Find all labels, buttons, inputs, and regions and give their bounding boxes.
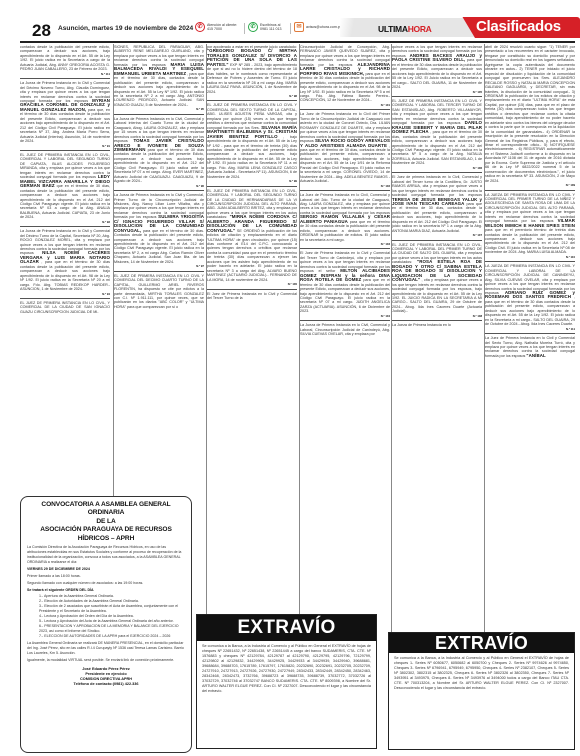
notice-text: contados desde la publicación del presen… (20, 45, 110, 71)
notice-text: , bajo apercibimiento de lo dispuesto en… (207, 135, 297, 179)
section-title: Clasificados (476, 18, 561, 35)
legal-notice: Circunscripción Judicial de Concepción, … (300, 44, 390, 110)
legal-notice: La Jueza de Primera Instancia en lo Civi… (300, 322, 390, 338)
first-call: Primer llamado a las 18:00 horas. (27, 574, 185, 579)
notice-parties: ADRIANO RUIZ GOMEZ y ROSEMARI DOS SANTOS… (485, 290, 575, 299)
column-1: contados desde la publicación del presen… (20, 44, 110, 496)
notice-parties: "ANÍBAL (526, 353, 545, 358)
legal-notice: La Jueza de Primera Instancia en lo Civi… (114, 116, 204, 191)
date-line: Asunción, martes 19 de noviembre de 2024 (58, 25, 193, 32)
legal-notice: La Juez de Primera Instancia en lo Civil… (300, 111, 390, 191)
notice-text: , para que en el término de 30 días cont… (20, 260, 110, 291)
legal-notice: El Juez de Primera Instancia en lo Civil… (207, 291, 297, 303)
notice-reference-tag: N.º 102 (300, 184, 390, 188)
notice-parties: SILVIA ROCIO GODOY AREVALOS Y ALDO ARIST… (300, 138, 390, 147)
contact-phone: ✆ Atención al cliente:415 7000 (195, 22, 237, 32)
notice-text: EL JUEZ DE PRIMERA INSTANCIA EN LO CIVIL… (114, 274, 204, 309)
assembly-date: VIERNES 29 DE DICIEMBRE DE 2024 (27, 567, 185, 572)
contact-whatsapp: ✆ Escribinos al0981 111 013 (248, 22, 281, 32)
notice-text: que en el término de 30 días, contados d… (20, 184, 110, 219)
legal-notice: El Juez de primera instancia en lo Civil… (392, 174, 482, 240)
agenda-item: 6.- PRESENTACION Y APROBACION DE LA MEMO… (39, 624, 185, 634)
notice-text: , para que en el término de 30 días, con… (114, 72, 204, 107)
legal-notice: La Juez de Primera Instancia en lo Civil… (485, 335, 575, 360)
notice-text: abril de 2024 resolvió cuanto sigue: "1)… (485, 45, 575, 183)
legal-notice: abril de 2024 resolvió cuanto sigue: "1)… (485, 44, 575, 191)
notice-text: , para que en el término de 30 días, con… (300, 144, 390, 184)
column-3: por apoderado a estar en el presente jui… (207, 44, 297, 614)
legal-notice: La Jueza de Primera Instancia en lo Civi… (20, 80, 110, 151)
notice-reference-tag: N.º 100 (207, 282, 297, 286)
notice-text: La Jueza de Primera Instancia en lo (392, 323, 451, 327)
notice-text: para que en el perentorio término de tre… (485, 228, 575, 254)
notice-text: , para que en el término de 30 días, con… (392, 130, 482, 165)
notice-text: para que, en el término de 30 días conta… (20, 108, 110, 143)
notice-text: EL JUEZ DE PRIMERA INSTANCIA EN LO CIVIL… (20, 153, 110, 179)
legal-notice: SIONES, REPUBLICA DEL PARAGUAY, ABG. ALB… (114, 44, 204, 115)
phone-icon: ✆ (195, 22, 205, 32)
notice-text: , cita y emplaza por quince veces a los … (392, 278, 482, 313)
notice-reference-tag: N.º 104 (300, 314, 390, 318)
notice-text: El Juez de primera instancia en lo Civil… (392, 175, 482, 197)
legal-notice: EL JUEZ DE PRIMERA INSTANCIA EN LO CIVIL… (392, 98, 482, 173)
assembly-location: La Asamblea General Ordinaria se realiza… (27, 641, 185, 656)
legal-notice: La Juez de Primera Instancia en lo Civil… (300, 192, 390, 249)
notice-body: Se comunica a la Banca, a la Industria a… (197, 641, 376, 697)
agenda-item: 7.- ELECCION DE AUTORIDADES DE LA APRH p… (39, 634, 185, 639)
notice-reference-tag: N.º 97 (114, 264, 204, 268)
brand-logo: ULTIMAHORA (378, 24, 432, 34)
notice-text: para que el término de 30 días contados … (114, 148, 204, 183)
notice-reference-tag: N.º 99 (207, 179, 297, 183)
legal-notice: contados desde la publicación del presen… (20, 44, 110, 79)
notice-reference-tag: N.º 96 (114, 184, 204, 188)
assembly-virtual: Igualmente, la modalidad VIRTUAL será po… (27, 658, 185, 663)
assembly-title: CONVOCATORIA A ASAMBLEA GENERAL ORDINARI… (27, 501, 185, 543)
legal-notice: La Jueza de Primera Instancia en lo (392, 322, 482, 329)
assembly-notice-box: CONVOCATORIA A ASAMBLEA GENERAL ORDINARI… (20, 496, 192, 753)
notice-text: EL JUEZ DE PRIMERA INSTANCIA EN LO CIVIL… (20, 301, 110, 314)
notice-reference-tag: N.º 106 (392, 166, 482, 170)
column-4: Circunscripción Judicial de Concepción, … (300, 44, 390, 614)
second-call: Segundo llamado con cualquier número de … (27, 581, 185, 586)
notice-reference-tag: N.º 110 (485, 255, 575, 259)
notice-reference-tag: N.º 107 (392, 233, 482, 237)
notice-text: para que en el término de 30 días, conta… (392, 202, 482, 233)
legal-notice: La Jueza de Primera Instancia en lo Civi… (114, 192, 204, 272)
notice-text: para que en el término de 30 días contad… (392, 58, 482, 89)
notice-heading: EXTRAVÍO (197, 615, 376, 641)
legal-notice: La Jueza de Primera Instancia en lo Civi… (20, 228, 110, 299)
notice-body: Se comunica a la Banca, a la Industria a… (389, 653, 574, 694)
divider (290, 23, 291, 34)
assembly-intro: La Comisión Directiva de la Asociación P… (27, 545, 185, 565)
notice-text: , para que en el término de 30 días cont… (485, 295, 575, 326)
legal-notice: EL JUEZ DE PRIMERA INSTANCIA EN LO CIVIL… (207, 102, 297, 186)
notice-reference-tag: N.º 94 (20, 292, 110, 296)
notice-text: La Jueza de Primera Instancia en lo Civi… (300, 323, 390, 336)
legal-notice: EL JUEZ DE PRIMERA INSTANCIA EN LO CIVIL… (392, 242, 482, 322)
notice-reference-tag: N.º 95 (114, 107, 204, 111)
divider (244, 23, 245, 34)
legal-notice: LA JUEZA DE PRIMERA INSTANCIA EN LO CIVI… (485, 192, 575, 263)
notice-heading: EXTRAVÍO (389, 633, 574, 653)
notice-reference-tag: N.º 103 (300, 242, 390, 246)
whatsapp-icon: ✆ (248, 22, 258, 32)
notice-reference-tag: N.º 93 (20, 220, 110, 224)
notice-reference-tag: N.º 91 (20, 144, 110, 148)
legal-notice: LA JUEZA DE PRIMERA INSTANCIA EN LO CIVI… (485, 263, 575, 334)
legal-notice: EL JUEZ DE PRIMERA INSTANCIA EN LO CIVIL… (20, 152, 110, 227)
legal-notice: EL JUEZ DE PRIMERA INSTANCIA EN LO CIVIL… (207, 188, 297, 290)
header-rule (20, 41, 575, 43)
legal-notice: EL JUEZ DE PRIMERA INSTANCIA EN LO CIVIL… (20, 300, 110, 316)
contact-email: ✉ avisos@uhora.com.py (294, 22, 342, 32)
notice-reference-tag: N.º 109 (485, 183, 575, 187)
notice-text: para que en el término de 30 días. Conta… (114, 229, 204, 264)
legal-notice: EL JUEZ DE PRIMERA INSTANCIA EN LO CIVIL… (114, 273, 204, 312)
lost-checks-notice-1: EXTRAVÍO Se comunica a la Banca, a la In… (196, 614, 377, 749)
mail-icon: ✉ (294, 22, 304, 32)
agenda-list: 1.- Apertura de la Asamblea General Ordi… (39, 594, 185, 639)
notice-reference-tag: N.º 111 (485, 327, 575, 331)
signature-block: José Eduardo Pérez Pérez Presidente en e… (27, 667, 185, 687)
column-6: abril de 2024 resolvió cuanto sigue: "1)… (485, 44, 575, 632)
page-header: 28 Asunción, martes 19 de noviembre de 2… (0, 0, 580, 40)
notice-text: EXP Nº 285 - 2023, bajo apercibimiento d… (207, 63, 297, 94)
notice-text: para que en el término de 30 días contad… (300, 72, 390, 103)
agenda-item: 3.- Elección de 2 asociados que suscribi… (39, 604, 185, 614)
legal-notice: El Juez de Primera Instancia en lo Civil… (300, 250, 390, 321)
notice-reference-tag: N.º 101 (300, 103, 390, 107)
legal-notice: quince veces a los que tengan interés en… (392, 44, 482, 97)
notice-reference-tag: N.º 98 (207, 94, 297, 98)
notice-reference-tag: N.º 111 (20, 72, 110, 76)
notice-reference-tag: N.º 105 (392, 90, 482, 94)
notice-reference-tag: N.º 108 (392, 314, 482, 318)
page-number: 28 (32, 21, 51, 41)
notice-text: El Juez de Primera Instancia en lo Civil… (207, 292, 297, 300)
column-5: quince veces a los que tengan interés en… (392, 44, 482, 632)
notice-text: SE ORDENÓ la publicación de los edictos … (207, 229, 297, 282)
lost-checks-notice-2: EXTRAVÍO Se comunica a la Banca, a la In… (388, 632, 575, 750)
legal-notice: por apoderado a estar en el presente jui… (207, 44, 297, 101)
notice-text: La Juez de Primera Instancia en lo Civil… (300, 193, 390, 215)
notice-text: para que en el término de 30 días contad… (300, 278, 390, 313)
agenda-title: Se tratará el siguiente ORDEN DEL DÍA (27, 588, 185, 593)
column-2: SIONES, REPUBLICA DEL PARAGUAY, ABG. ALB… (114, 44, 204, 496)
